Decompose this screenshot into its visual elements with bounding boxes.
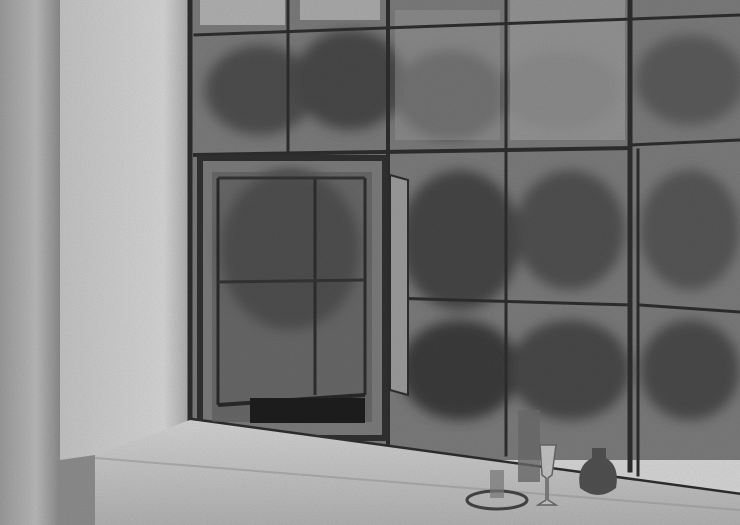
drawing-svg	[0, 0, 740, 525]
left-wall	[0, 0, 60, 525]
charcoal-drawing	[0, 0, 740, 525]
glass-bottle	[518, 410, 540, 482]
wall-pier	[60, 0, 190, 460]
